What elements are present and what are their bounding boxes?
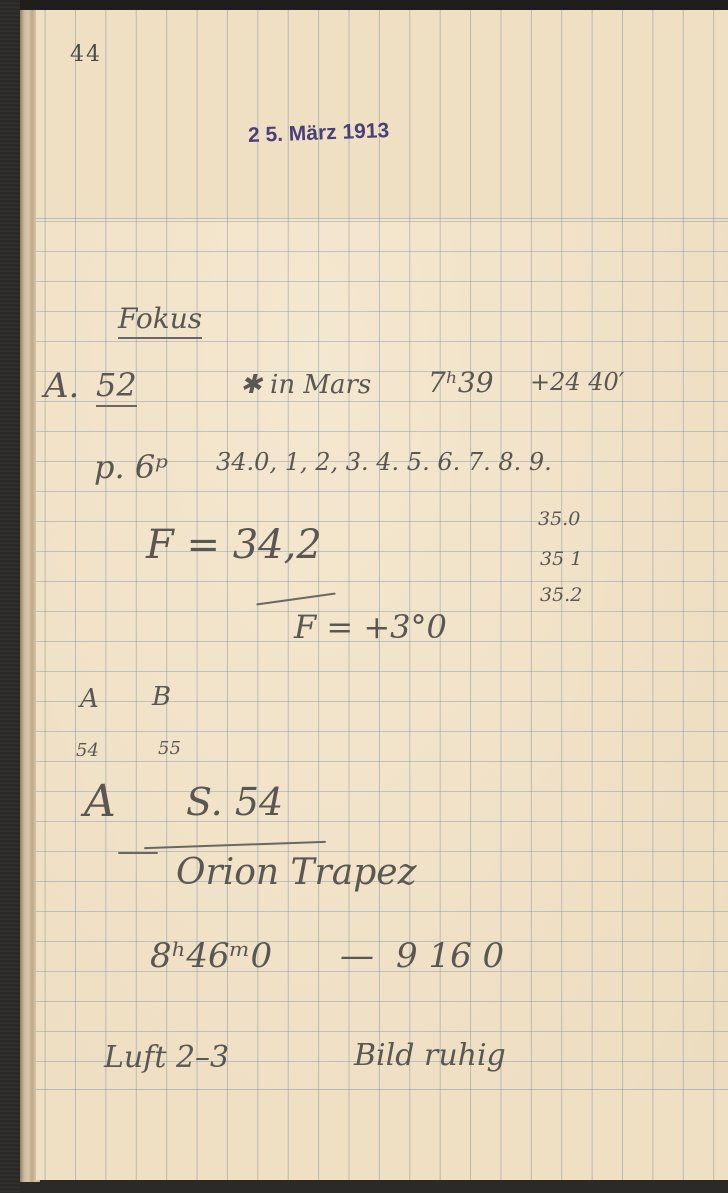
readings-column-2: 35 1 [540, 548, 582, 570]
notebook-binding-spine [0, 0, 20, 1193]
pair-a-label: A [80, 684, 99, 714]
time-end: 9 16 0 [396, 936, 504, 976]
pair-b-label: B [152, 682, 171, 712]
entry1-ra: 7ʰ39 [428, 366, 494, 399]
page-footer-band [36, 1089, 728, 1180]
readings-values: 34.0, 1, 2, 3. 4. 5. 6. 7. 8. 9. [216, 448, 552, 476]
focus-result: F = 34,2 [146, 522, 322, 568]
page-header-band [36, 10, 728, 218]
pair-b-value: 55 [158, 738, 181, 759]
object-name: Orion Trapez [176, 852, 417, 893]
image-quality-note: Bild ruhig [354, 1038, 506, 1073]
entry1-dec: +24 40′ [530, 368, 624, 396]
entry1-star: ✱ in Mars [240, 370, 371, 400]
entry2-label: A [84, 776, 116, 827]
entry2-ref: S. 54 [186, 780, 283, 824]
entry2-dash [118, 852, 158, 854]
time-dash: — [340, 936, 374, 976]
entry1-label: A. [44, 366, 79, 406]
entry1-ref: 52 [96, 366, 137, 407]
seeing-note: Luft 2–3 [104, 1040, 229, 1075]
date-stamp: 2 5. März 1913 [248, 119, 390, 148]
time-start: 8ʰ46ᵐ0 [150, 936, 272, 976]
temperature-result: F = +3°0 [294, 608, 447, 646]
pair-a-value: 54 [76, 740, 99, 761]
grid-rule [36, 218, 728, 219]
readings-prefix: p. 6ᵖ [94, 448, 168, 486]
notebook-binding-top [0, 0, 728, 10]
readings-column-3: 35.2 [540, 584, 582, 606]
notes-heading: Fokus [118, 302, 202, 339]
page-number: 44 [70, 42, 102, 67]
readings-column-1: 35.0 [538, 508, 580, 530]
notebook-page [36, 10, 728, 1180]
